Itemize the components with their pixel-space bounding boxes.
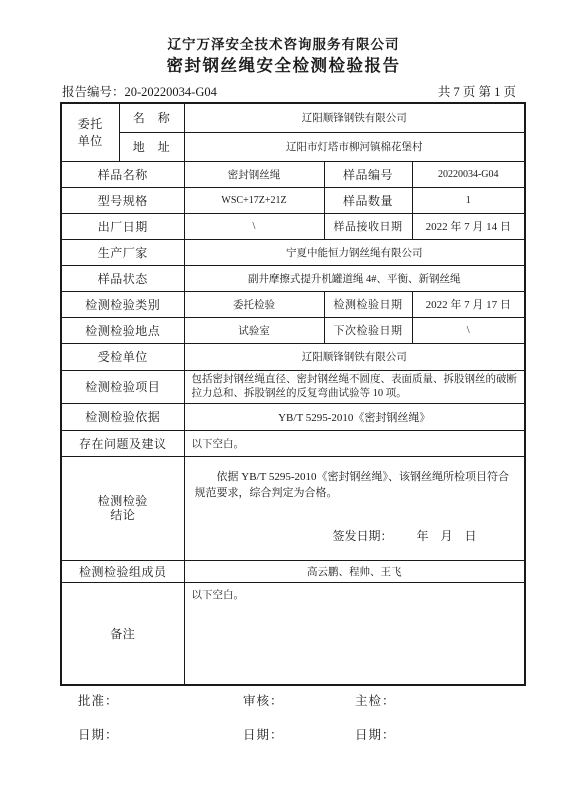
sample-state-label: 样品状态 bbox=[61, 265, 184, 291]
inspected-unit-value: 辽阳顺锋钢铁有限公司 bbox=[184, 343, 525, 370]
report-form-table: 委托 单位 名 称 辽阳顺锋钢铁有限公司 地 址 辽阳市灯塔市柳河镇棉花堡村 样… bbox=[60, 102, 526, 686]
chief-label: 主检： bbox=[355, 691, 396, 709]
report-meta-row: 报告编号：20-20220034-G04 共 7 页 第 1 页 bbox=[62, 82, 516, 100]
conclusion-label: 检测检验 结论 bbox=[61, 456, 184, 560]
row-team: 检测检验组成员 高云鹏、程帅、王飞 bbox=[61, 560, 525, 582]
test-items-value: 包括密封钢丝绳直径、密封钢丝绳不圆度、表面质量、拆股钢丝的破断拉力总和、拆股钢丝… bbox=[184, 370, 525, 403]
test-date-label: 检测检验日期 bbox=[324, 291, 412, 317]
test-items-label: 检测检验项目 bbox=[61, 370, 184, 403]
row-manufacturer: 生产厂家 宁夏中能恒力钢丝绳有限公司 bbox=[61, 239, 525, 265]
conclusion-label-line2: 结论 bbox=[64, 508, 182, 522]
sample-name-value: 密封钢丝绳 bbox=[184, 161, 324, 187]
team-label: 检测检验组成员 bbox=[61, 560, 184, 582]
remark-value: 以下空白。 bbox=[187, 583, 523, 606]
manufacturer-label: 生产厂家 bbox=[61, 239, 184, 265]
row-issues: 存在问题及建议 以下空白。 bbox=[61, 430, 525, 456]
model-label: 型号规格 bbox=[61, 187, 184, 213]
sample-no-label: 样品编号 bbox=[324, 161, 412, 187]
client-group-line2: 单位 bbox=[62, 132, 119, 149]
mfg-date-value: \ bbox=[184, 213, 324, 239]
remark-label: 备注 bbox=[61, 582, 184, 685]
chief-date-label: 日期： bbox=[355, 725, 396, 743]
sample-state-value: 副井摩擦式提升机罐道绳 4#、平衡、新钢丝绳 bbox=[184, 265, 525, 291]
row-client-name: 委托 单位 名 称 辽阳顺锋钢铁有限公司 bbox=[61, 103, 525, 132]
row-test-place: 检测检验地点 试验室 下次检验日期 \ bbox=[61, 317, 525, 343]
row-sample-state: 样品状态 副井摩擦式提升机罐道绳 4#、平衡、新钢丝绳 bbox=[61, 265, 525, 291]
row-remark: 备注 以下空白。 bbox=[61, 582, 525, 685]
report-number-label: 报告编号： bbox=[62, 85, 125, 99]
receive-date-value: 2022 年 7 月 14 日 bbox=[412, 213, 525, 239]
model-value: WSC+17Z+21Z bbox=[184, 187, 324, 213]
row-mfg-date: 出厂日期 \ 样品接收日期 2022 年 7 月 14 日 bbox=[61, 213, 525, 239]
inspected-unit-label: 受检单位 bbox=[61, 343, 184, 370]
report-page: 辽宁万泽安全技术咨询服务有限公司 密封钢丝绳安全检测检验报告 报告编号：20-2… bbox=[0, 0, 567, 802]
issues-value: 以下空白。 bbox=[184, 430, 525, 456]
page-indicator: 共 7 页 第 1 页 bbox=[438, 82, 516, 100]
row-inspected-unit: 受检单位 辽阳顺锋钢铁有限公司 bbox=[61, 343, 525, 370]
test-date-value: 2022 年 7 月 17 日 bbox=[412, 291, 525, 317]
issues-label: 存在问题及建议 bbox=[61, 430, 184, 456]
sample-name-label: 样品名称 bbox=[61, 161, 184, 187]
company-name: 辽宁万泽安全技术咨询服务有限公司 bbox=[0, 33, 567, 53]
test-place-label: 检测检验地点 bbox=[61, 317, 184, 343]
quantity-label: 样品数量 bbox=[324, 187, 412, 213]
report-number-value: 20-20220034-G04 bbox=[125, 85, 217, 99]
page-title: 密封钢丝绳安全检测检验报告 bbox=[0, 52, 567, 76]
row-client-address: 地 址 辽阳市灯塔市柳河镇棉花堡村 bbox=[61, 132, 525, 161]
manufacturer-value: 宁夏中能恒力钢丝绳有限公司 bbox=[184, 239, 525, 265]
row-test-basis: 检测检验依据 YB/T 5295-2010《密封钢丝绳》 bbox=[61, 403, 525, 430]
row-test-type: 检测检验类别 委托检验 检测检验日期 2022 年 7 月 17 日 bbox=[61, 291, 525, 317]
signature-approve: 批准： 日期： bbox=[78, 691, 119, 759]
test-basis-label: 检测检验依据 bbox=[61, 403, 184, 430]
review-date-label: 日期： bbox=[243, 725, 284, 743]
client-address-value: 辽阳市灯塔市柳河镇棉花堡村 bbox=[184, 132, 525, 161]
next-date-label: 下次检验日期 bbox=[324, 317, 412, 343]
sample-no-value: 20220034-G04 bbox=[412, 161, 525, 187]
team-value: 高云鹏、程帅、王飞 bbox=[184, 560, 525, 582]
client-name-label: 名 称 bbox=[119, 103, 184, 132]
test-basis-value: YB/T 5295-2010《密封钢丝绳》 bbox=[184, 403, 525, 430]
conclusion-text: 依据 YB/T 5295-2010《密封钢丝绳》、该钢丝绳所检项目符合规范要求，… bbox=[187, 457, 523, 501]
next-date-value: \ bbox=[412, 317, 525, 343]
remark-cell: 以下空白。 bbox=[184, 582, 525, 685]
client-group-line1: 委托 bbox=[62, 115, 119, 132]
mfg-date-label: 出厂日期 bbox=[61, 213, 184, 239]
conclusion-label-line1: 检测检验 bbox=[64, 494, 182, 508]
row-model: 型号规格 WSC+17Z+21Z 样品数量 1 bbox=[61, 187, 525, 213]
quantity-value: 1 bbox=[412, 187, 525, 213]
conclusion-cell: 依据 YB/T 5295-2010《密封钢丝绳》、该钢丝绳所检项目符合规范要求，… bbox=[184, 456, 525, 560]
review-label: 审核： bbox=[243, 691, 284, 709]
client-name-value: 辽阳顺锋钢铁有限公司 bbox=[184, 103, 525, 132]
client-address-label: 地 址 bbox=[119, 132, 184, 161]
test-type-value: 委托检验 bbox=[184, 291, 324, 317]
sign-date-line: 签发日期： 年 月 日 bbox=[187, 527, 523, 544]
signature-chief: 主检： 日期： bbox=[355, 691, 396, 759]
row-conclusion: 检测检验 结论 依据 YB/T 5295-2010《密封钢丝绳》、该钢丝绳所检项… bbox=[61, 456, 525, 560]
receive-date-label: 样品接收日期 bbox=[324, 213, 412, 239]
row-test-items: 检测检验项目 包括密封钢丝绳直径、密封钢丝绳不圆度、表面质量、拆股钢丝的破断拉力… bbox=[61, 370, 525, 403]
client-group-label: 委托 单位 bbox=[61, 103, 119, 161]
approve-date-label: 日期： bbox=[78, 725, 119, 743]
test-place-value: 试验室 bbox=[184, 317, 324, 343]
test-type-label: 检测检验类别 bbox=[61, 291, 184, 317]
approve-label: 批准： bbox=[78, 691, 119, 709]
signature-review: 审核： 日期： bbox=[243, 691, 284, 759]
row-sample-name: 样品名称 密封钢丝绳 样品编号 20220034-G04 bbox=[61, 161, 525, 187]
report-number: 报告编号：20-20220034-G04 bbox=[62, 82, 217, 100]
